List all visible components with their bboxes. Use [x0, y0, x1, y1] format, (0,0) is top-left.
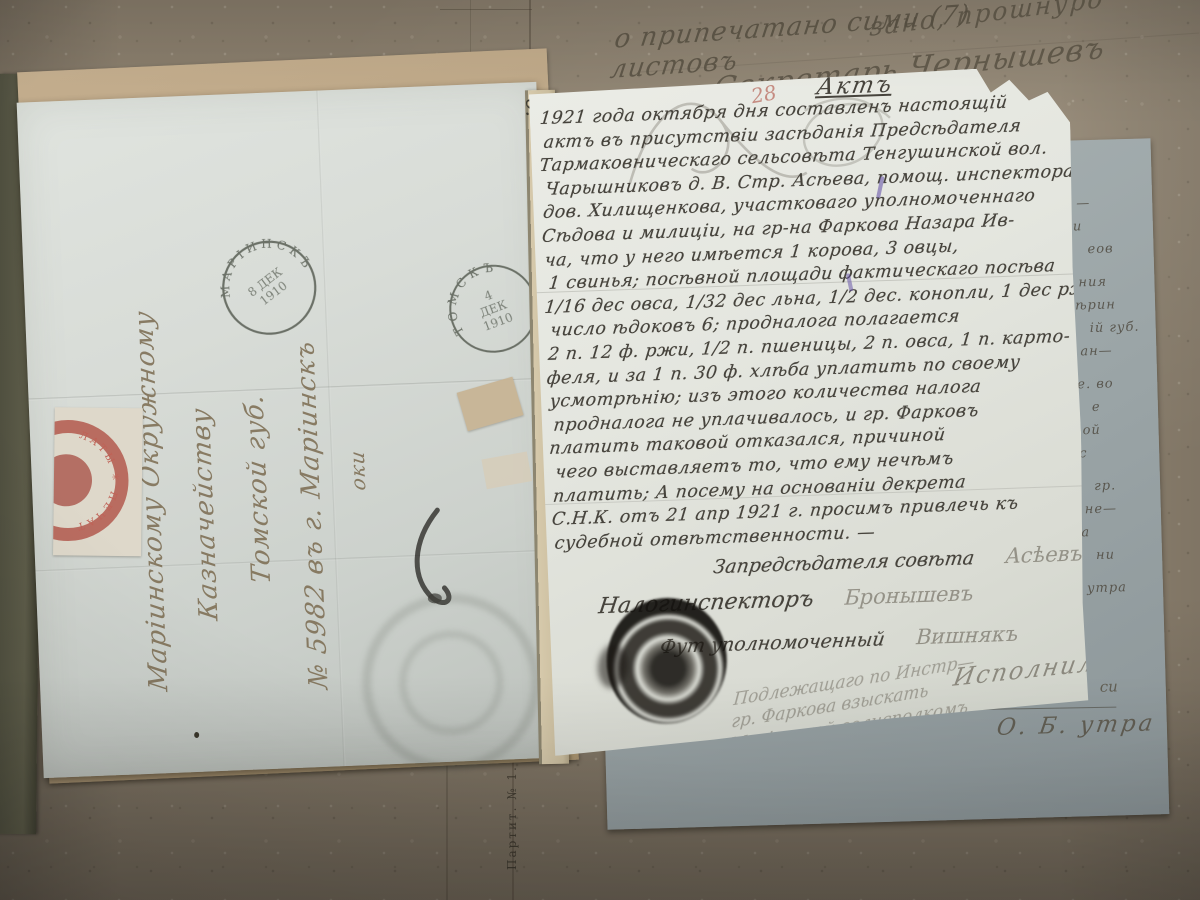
paper-patch — [457, 377, 524, 432]
red-seal-label: ЛАТЫ ✳ ПЕЧАТ — [53, 407, 143, 556]
pencil-fragment: — — [1076, 195, 1136, 212]
handwritten-address: Маріинскому ОкружномуКазначействуТомской… — [109, 94, 389, 728]
envelope-document: Маріинскому ОкружномуКазначействуТомской… — [17, 82, 564, 778]
red-wax-seal: ЛАТЫ ✳ ПЕЧАТ — [53, 407, 143, 556]
board-pencil-line — [440, 9, 532, 10]
faded-stamp-impression — [359, 590, 544, 775]
pencil-fragment: е — [1092, 399, 1142, 415]
pencil-fragment: еов — [1087, 241, 1137, 257]
folder-edge-label-text: Партит. № 1. — [505, 765, 519, 870]
pencil-fragment: а — [1081, 524, 1145, 541]
pencil-fragment: ни — [1096, 547, 1146, 563]
pencil-fragment: с — [1079, 445, 1143, 462]
svg-text:ТОМСКЪ: ТОМСКЪ — [441, 257, 518, 340]
pencil-side-mark: си — [1100, 677, 1119, 695]
pencil-signature: Асѣевъ — [1002, 541, 1086, 568]
pencil-signature: Бронышевъ — [842, 581, 977, 610]
pencil-fragment: не— — [1085, 501, 1145, 518]
pencil-fragment: утра — [1087, 580, 1147, 597]
pencil-fragment: ния — [1078, 274, 1138, 291]
postmark-mariinsk: МАРІИНСКЪ 8 ДЕК 1910 — [212, 231, 326, 345]
pencil-fragment: е. во — [1077, 376, 1141, 393]
pencil-fragment: ан— — [1080, 343, 1140, 360]
document-body-lines: 1921 года октября дня составленъ настоящ… — [539, 90, 1072, 556]
postmark-ring-text: ТОМСКЪ — [441, 257, 518, 340]
pencil-bottom-note: О. Б. утра — [995, 710, 1157, 741]
handwritten-act-document: 28 Актъ 1921 года октября дня составленъ… — [529, 66, 1092, 756]
pencil-fragment: гр. — [1094, 478, 1144, 494]
paper-hole — [194, 732, 199, 738]
signature-label: Запредсѣдателя совѣта — [712, 547, 976, 578]
pencil-fragment: и — [1073, 218, 1137, 235]
paper-patch — [481, 451, 532, 489]
photo-scene: зано, прошнуро о припечатано сими (7) ли… — [0, 0, 1200, 900]
pencil-fragment: ій губ. — [1090, 320, 1140, 336]
pencil-fragment: ой — [1082, 422, 1142, 439]
pencil-fragment: ѣрин — [1075, 297, 1139, 314]
pencil-edge-fragments: —иеовнияѣриній губ.ан—е. воеойсгр.не—ани… — [1072, 191, 1147, 601]
